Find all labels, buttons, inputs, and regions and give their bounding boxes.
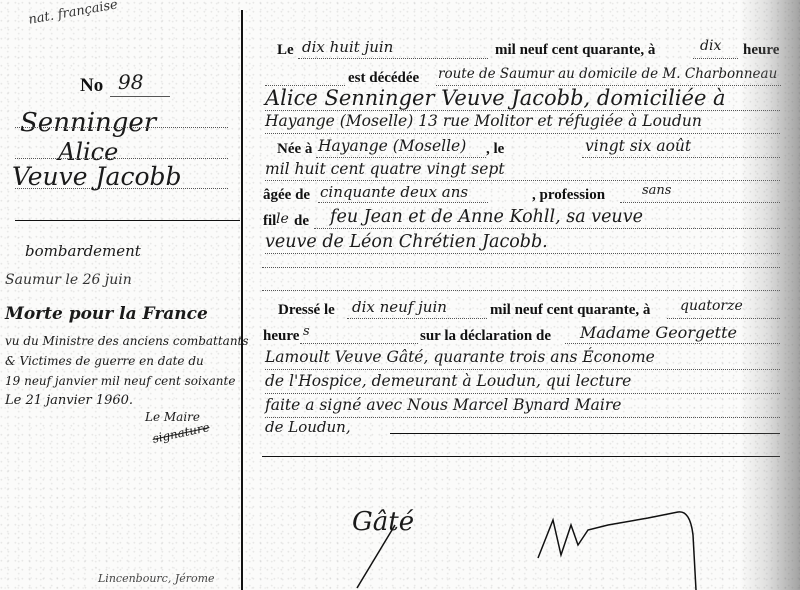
rule — [314, 228, 780, 229]
printed-profession: , profession — [532, 187, 605, 204]
rule — [15, 158, 228, 159]
rule — [265, 110, 780, 111]
annotation-line: bombardement — [25, 242, 141, 260]
birth-year: mil huit cent quatre vingt sept — [265, 160, 505, 178]
printed-heure: heure — [743, 42, 779, 59]
heure-suffix: s — [303, 324, 310, 339]
scan-shadow — [740, 0, 800, 590]
printed-declaration: sur la déclaration de — [420, 328, 551, 345]
rule — [265, 393, 780, 394]
margin-surname: Senninger — [20, 108, 156, 138]
printed-year-drawn: mil neuf cent quarante, à — [490, 302, 650, 319]
rule — [265, 180, 780, 181]
rule — [620, 202, 780, 203]
rule — [262, 267, 780, 268]
rule — [15, 127, 228, 128]
margin-status: Veuve Jacobb — [12, 162, 182, 191]
printed-nee: Née à — [277, 141, 312, 158]
rule — [582, 157, 780, 158]
rule — [265, 133, 780, 134]
printed-le-birth: , le — [486, 141, 504, 158]
rule — [298, 58, 488, 59]
age: cinquante deux ans — [320, 183, 468, 201]
closing-rule — [262, 456, 780, 457]
fille-suffix: le — [276, 211, 289, 227]
deceased-address: Hayange (Moselle) 13 rue Molitor et réfu… — [265, 112, 702, 130]
rule — [262, 290, 780, 291]
rule — [265, 253, 780, 254]
printed-heure-drawn: heure — [263, 328, 299, 345]
printed-dresse: Dressé le — [278, 302, 335, 319]
column-divider — [241, 10, 243, 590]
signature-flourish — [355, 520, 435, 590]
rule — [565, 343, 780, 344]
printed-de: de — [294, 213, 309, 230]
rule — [318, 202, 488, 203]
printed-fille: fil — [263, 213, 276, 230]
spouse-line: veuve de Léon Chrétien Jacobb. — [265, 232, 548, 252]
death-place: route de Saumur au domicile de M. Charbo… — [438, 66, 777, 82]
printed-agee: âgée de — [263, 187, 310, 204]
rule — [300, 343, 418, 344]
printed-year: mil neuf cent quarante, à — [495, 42, 655, 59]
death-hour: dix — [700, 38, 721, 54]
section-rule — [15, 220, 240, 221]
rule — [15, 188, 228, 189]
rule — [265, 369, 780, 370]
rule — [667, 318, 780, 319]
closing-rule — [390, 433, 780, 434]
deceased-name-line: Alice Senninger Veuve Jacobb, domiciliée… — [265, 86, 726, 110]
annotation-sign-title: Le Maire — [145, 410, 200, 424]
rule — [110, 96, 170, 97]
birth-date: vingt six août — [585, 137, 691, 155]
annotation-line: vu du Ministre des anciens combattants — [5, 334, 249, 348]
annotation-line: Saumur le 26 juin — [5, 272, 132, 288]
printed-le: Le — [277, 42, 294, 59]
annotation-line: 19 neuf janvier mil neuf cent soixante — [5, 374, 235, 388]
rule — [347, 318, 487, 319]
signing-statement: faite a signé avec Nous Marcel Bynard Ma… — [265, 396, 621, 414]
birth-place: Hayange (Moselle) — [318, 137, 466, 155]
rule — [316, 157, 486, 158]
nationality-note: nat. française — [27, 0, 119, 28]
printed-decede: est décédée — [348, 70, 419, 87]
declarant-address: de l'Hospice, demeurant à Loudun, qui le… — [265, 372, 631, 390]
rule — [693, 58, 738, 59]
parents-names: feu Jean et de Anne Kohll, sa veuve — [330, 207, 643, 227]
death-date: dix huit juin — [302, 38, 393, 56]
signing-place: de Loudun, — [265, 418, 351, 436]
mayor-signature — [528, 500, 728, 590]
drawn-date: dix neuf juin — [352, 298, 447, 316]
declarant-name: Madame Georgette — [580, 323, 737, 342]
annotation-mention: Morte pour la France — [5, 304, 208, 324]
drawn-hour: quatorze — [680, 298, 743, 314]
annotation-date: Le 21 janvier 1960. — [5, 393, 133, 408]
annotation-line: & Victimes de guerre en date du — [5, 354, 204, 368]
footer-note: Lincenbourc, Jérome — [98, 572, 215, 585]
declarant-details: Lamoult Veuve Gâté, quarante trois ans É… — [265, 348, 655, 366]
number-label: No — [80, 75, 103, 97]
record-number: 98 — [118, 70, 143, 94]
profession: sans — [642, 183, 671, 198]
